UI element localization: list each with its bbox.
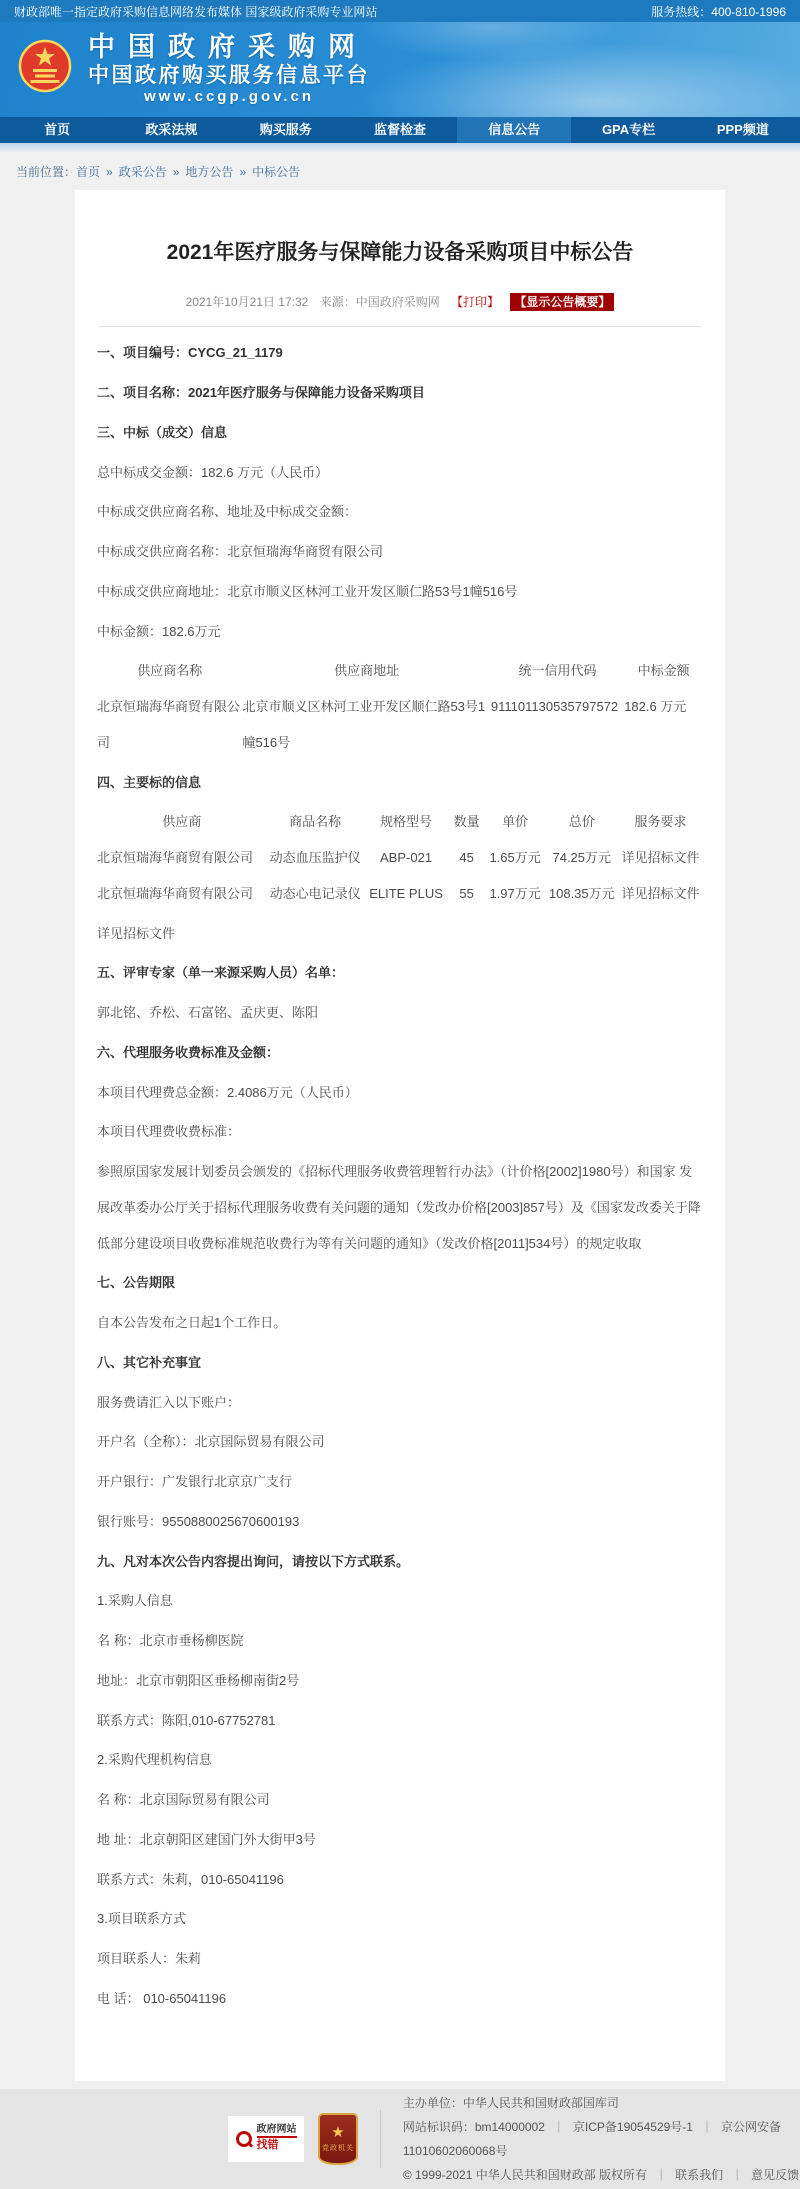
table-header-cell: 供应商地址 bbox=[242, 653, 490, 689]
section-heading: 三、中标（成交）信息 bbox=[97, 415, 703, 451]
paragraph: 服务费请汇入以下账户： bbox=[97, 1385, 703, 1421]
paragraph: 地址：北京市朝阳区垂杨柳南街2号 bbox=[97, 1663, 703, 1699]
table-cell: ABP-021 bbox=[364, 840, 449, 876]
article-meta: 2021年10月21日 17:32 来源：中国政府采购网 【打印】 【显示公告概… bbox=[97, 293, 703, 310]
find-error-badge-line1: 政府网站 bbox=[257, 2123, 297, 2136]
paragraph: 详见招标文件 bbox=[97, 916, 703, 952]
article-body: 一、项目编号：CYCG_21_1179二、项目名称：2021年医疗服务与保障能力… bbox=[97, 335, 703, 2016]
badge-star-icon: ★ bbox=[331, 2125, 344, 2140]
footer-badges: 政府网站 找错 ★ 党政机关 bbox=[228, 2113, 358, 2165]
top-strip-slogan: 财政部唯一指定政府采购信息网络发布媒体 国家级政府采购专业网站 bbox=[14, 3, 377, 20]
paragraph: 1.采购人信息 bbox=[97, 1583, 703, 1619]
table-row: 北京恒瑞海华商贸有限公司动态心电记录仪ELITE PLUS551.97万元108… bbox=[97, 876, 703, 912]
table-cell: ELITE PLUS bbox=[364, 876, 449, 912]
section-heading: 一、项目编号：CYCG_21_1179 bbox=[97, 335, 703, 371]
page-footer: 政府网站 找错 ★ 党政机关 主办单位：中华人民共和国财政部国库司网站标识码：b… bbox=[0, 2089, 800, 2189]
footer-line: © 1999-2021 中华人民共和国财政部 版权所有｜联系我们｜意见反馈 bbox=[403, 2163, 800, 2187]
table-header-cell: 商品名称 bbox=[267, 804, 364, 840]
footer-divider bbox=[380, 2110, 381, 2168]
paragraph: 2.采购代理机构信息 bbox=[97, 1742, 703, 1778]
article-source: 来源：中国政府采购网 bbox=[320, 295, 440, 309]
paragraph: 项目联系人：朱莉 bbox=[97, 1941, 703, 1977]
table-header-cell: 单价 bbox=[485, 804, 546, 840]
site-banner: 中国政府采购网 中国政府购买服务信息平台 www.ccgp.gov.cn bbox=[0, 22, 800, 117]
table-cell: 45 bbox=[448, 840, 484, 876]
table-header-cell: 数量 bbox=[448, 804, 484, 840]
table-header-cell: 规格型号 bbox=[364, 804, 449, 840]
main-nav: 首页政采法规购买服务监督检查信息公告GPA专栏PPP频道 bbox=[0, 117, 800, 143]
footer-separator: ｜ bbox=[655, 2168, 667, 2182]
paragraph: 联系方式：朱莉，010-65041196 bbox=[97, 1862, 703, 1898]
magnifier-icon bbox=[236, 2131, 252, 2147]
paragraph: 本项目代理费总金额：2.4086万元（人民币） bbox=[97, 1075, 703, 1111]
site-title-group: 中国政府采购网 中国政府购买服务信息平台 www.ccgp.gov.cn bbox=[88, 32, 370, 107]
section-heading: 九、凡对本次公告内容提出询问，请按以下方式联系。 bbox=[97, 1544, 703, 1580]
gov-site-find-error-badge[interactable]: 政府网站 找错 bbox=[228, 2116, 304, 2162]
table-cell: 55 bbox=[448, 876, 484, 912]
breadcrumb: 当前位置：首页»政采公告»地方公告»中标公告 bbox=[0, 153, 800, 190]
show-summary-button[interactable]: 【显示公告概要】 bbox=[510, 293, 614, 311]
footer-lines: 主办单位：中华人民共和国财政部国库司网站标识码：bm14000002｜京ICP备… bbox=[403, 2091, 800, 2187]
breadcrumb-items: 首页»政采公告»地方公告»中标公告 bbox=[76, 165, 300, 179]
paragraph: 联系方式：陈阳,010-67752781 bbox=[97, 1703, 703, 1739]
footer-link[interactable]: 意见反馈 bbox=[751, 2168, 799, 2182]
paragraph: 开户银行：广发银行北京京广支行 bbox=[97, 1464, 703, 1500]
supplier-table: 供应商名称供应商地址统一信用代码中标金额北京恒瑞海华商贸有限公司北京市顺义区林河… bbox=[97, 653, 703, 760]
table-cell: 动态心电记录仪 bbox=[267, 876, 364, 912]
table-row: 北京恒瑞海华商贸有限公司动态血压监护仪ABP-021451.65万元74.25万… bbox=[97, 840, 703, 876]
announcement-card: 2021年医疗服务与保障能力设备采购项目中标公告 2021年10月21日 17:… bbox=[75, 190, 725, 2081]
paragraph: 3.项目联系方式 bbox=[97, 1901, 703, 1937]
paragraph: 名 称：北京市垂杨柳医院 bbox=[97, 1623, 703, 1659]
national-emblem-icon bbox=[18, 38, 72, 101]
table-header-cell: 供应商 bbox=[97, 804, 267, 840]
paragraph: 地 址：北京朝阳区建国门外大街甲3号 bbox=[97, 1822, 703, 1858]
nav-item-purchase-services[interactable]: 购买服务 bbox=[229, 117, 343, 143]
nav-item-ppp[interactable]: PPP频道 bbox=[686, 117, 800, 143]
nav-item-notices[interactable]: 信息公告 bbox=[457, 117, 571, 143]
breadcrumb-link[interactable]: 地方公告 bbox=[185, 165, 233, 179]
footer-link[interactable]: 京ICP备19054529号-1 bbox=[573, 2120, 693, 2134]
paragraph: 郭北铭、乔松、石富铭、孟庆更、陈阳 bbox=[97, 995, 703, 1031]
site-title: 中国政府采购网 bbox=[88, 32, 370, 63]
publish-datetime: 2021年10月21日 17:32 bbox=[186, 295, 309, 309]
nav-shadow-divider bbox=[0, 143, 800, 153]
section-heading: 八、其它补充事宜 bbox=[97, 1345, 703, 1381]
paragraph: 中标成交供应商名称：北京恒瑞海华商贸有限公司 bbox=[97, 534, 703, 570]
table-header-cell: 总价 bbox=[545, 804, 618, 840]
table-cell: 182.6 万元 bbox=[624, 689, 703, 761]
table-cell: 北京市顺义区林河工业开发区顺仁路53号1幢516号 bbox=[242, 689, 490, 761]
breadcrumb-separator: » bbox=[173, 165, 180, 179]
party-gov-badge[interactable]: ★ 党政机关 bbox=[318, 2113, 358, 2165]
section-heading: 七、公告期限 bbox=[97, 1265, 703, 1301]
table-cell: 北京恒瑞海华商贸有限公司 bbox=[97, 840, 267, 876]
footer-separator: ｜ bbox=[731, 2168, 743, 2182]
paragraph: 开户名（全称）：北京国际贸易有限公司 bbox=[97, 1424, 703, 1460]
paragraph: 本项目代理费收费标准： bbox=[97, 1114, 703, 1150]
nav-item-laws[interactable]: 政采法规 bbox=[114, 117, 228, 143]
breadcrumb-prefix: 当前位置： bbox=[16, 165, 76, 179]
breadcrumb-link[interactable]: 首页 bbox=[76, 165, 100, 179]
table-cell: 911101130535797572 bbox=[491, 689, 624, 761]
table-cell: 动态血压监护仪 bbox=[267, 840, 364, 876]
table-header-row: 供应商商品名称规格型号数量单价总价服务要求 bbox=[97, 804, 703, 840]
top-strip: 财政部唯一指定政府采购信息网络发布媒体 国家级政府采购专业网站 服务热线：400… bbox=[0, 0, 800, 22]
table-header-cell: 服务要求 bbox=[618, 804, 703, 840]
paragraph: 总中标成交金额：182.6 万元（人民币） bbox=[97, 455, 703, 491]
section-heading: 六、代理服务收费标准及金额： bbox=[97, 1035, 703, 1071]
table-cell: 1.97万元 bbox=[485, 876, 546, 912]
page-title: 2021年医疗服务与保障能力设备采购项目中标公告 bbox=[97, 238, 703, 267]
paragraph: 银行账号：9550880025670600193 bbox=[97, 1504, 703, 1540]
site-subtitle: 中国政府购买服务信息平台 bbox=[88, 63, 370, 88]
table-row: 北京恒瑞海华商贸有限公司北京市顺义区林河工业开发区顺仁路53号1幢516号911… bbox=[97, 689, 703, 761]
nav-item-gpa[interactable]: GPA专栏 bbox=[571, 117, 685, 143]
site-url: www.ccgp.gov.cn bbox=[88, 88, 370, 107]
print-button[interactable]: 【打印】 bbox=[451, 295, 499, 309]
title-divider bbox=[99, 326, 701, 327]
breadcrumb-link[interactable]: 中标公告 bbox=[252, 165, 300, 179]
table-cell: 北京恒瑞海华商贸有限公司 bbox=[97, 876, 267, 912]
footer-text: © 1999-2021 中华人民共和国财政部 版权所有 bbox=[403, 2168, 647, 2182]
find-error-badge-line2: 找错 bbox=[257, 2136, 297, 2153]
footer-separator: ｜ bbox=[553, 2120, 565, 2134]
party-badge-label: 党政机关 bbox=[322, 2143, 354, 2153]
items-table: 供应商商品名称规格型号数量单价总价服务要求北京恒瑞海华商贸有限公司动态血压监护仪… bbox=[97, 804, 703, 911]
section-heading: 五、评审专家（单一来源采购人员）名单： bbox=[97, 955, 703, 991]
table-cell: 74.25万元 bbox=[545, 840, 618, 876]
table-cell: 详见招标文件 bbox=[618, 840, 703, 876]
paragraph: 中标金额：182.6万元 bbox=[97, 614, 703, 650]
table-cell: 详见招标文件 bbox=[618, 876, 703, 912]
breadcrumb-separator: » bbox=[239, 165, 246, 179]
table-cell: 北京恒瑞海华商贸有限公司 bbox=[97, 689, 242, 761]
footer-text: 网站标识码：bm14000002 bbox=[403, 2120, 545, 2134]
table-header-cell: 中标金额 bbox=[624, 653, 703, 689]
nav-item-supervision[interactable]: 监督检查 bbox=[343, 117, 457, 143]
paragraph: 中标成交供应商名称、地址及中标成交金额： bbox=[97, 494, 703, 530]
paragraph: 中标成交供应商地址：北京市顺义区林河工业开发区顺仁路53号1幢516号 bbox=[97, 574, 703, 610]
service-hotline: 服务热线：400-810-1996 bbox=[651, 3, 786, 20]
paragraph: 电 话： 010-65041196 bbox=[97, 1981, 703, 2017]
footer-line: 网站标识码：bm14000002｜京ICP备19054529号-1｜京公网安备1… bbox=[403, 2115, 800, 2163]
table-cell: 1.65万元 bbox=[485, 840, 546, 876]
section-heading: 二、项目名称：2021年医疗服务与保障能力设备采购项目 bbox=[97, 375, 703, 411]
paragraph: 自本公告发布之日起1个工作日。 bbox=[97, 1305, 703, 1341]
footer-line: 主办单位：中华人民共和国财政部国库司 bbox=[403, 2091, 800, 2115]
table-header-cell: 统一信用代码 bbox=[491, 653, 624, 689]
footer-separator: ｜ bbox=[701, 2120, 713, 2134]
paragraph: 名 称：北京国际贸易有限公司 bbox=[97, 1782, 703, 1818]
nav-item-home[interactable]: 首页 bbox=[0, 117, 114, 143]
table-header-cell: 供应商名称 bbox=[97, 653, 242, 689]
breadcrumb-link[interactable]: 政采公告 bbox=[119, 165, 167, 179]
table-header-row: 供应商名称供应商地址统一信用代码中标金额 bbox=[97, 653, 703, 689]
footer-text: 主办单位：中华人民共和国财政部国库司 bbox=[403, 2096, 619, 2110]
paragraph: 参照原国家发展计划委员会颁发的《招标代理服务收费管理暂行办法》（计价格[2002… bbox=[97, 1154, 703, 1261]
breadcrumb-separator: » bbox=[106, 165, 113, 179]
section-heading: 四、主要标的信息 bbox=[97, 765, 703, 801]
table-cell: 108.35万元 bbox=[545, 876, 618, 912]
footer-link[interactable]: 联系我们 bbox=[675, 2168, 723, 2182]
